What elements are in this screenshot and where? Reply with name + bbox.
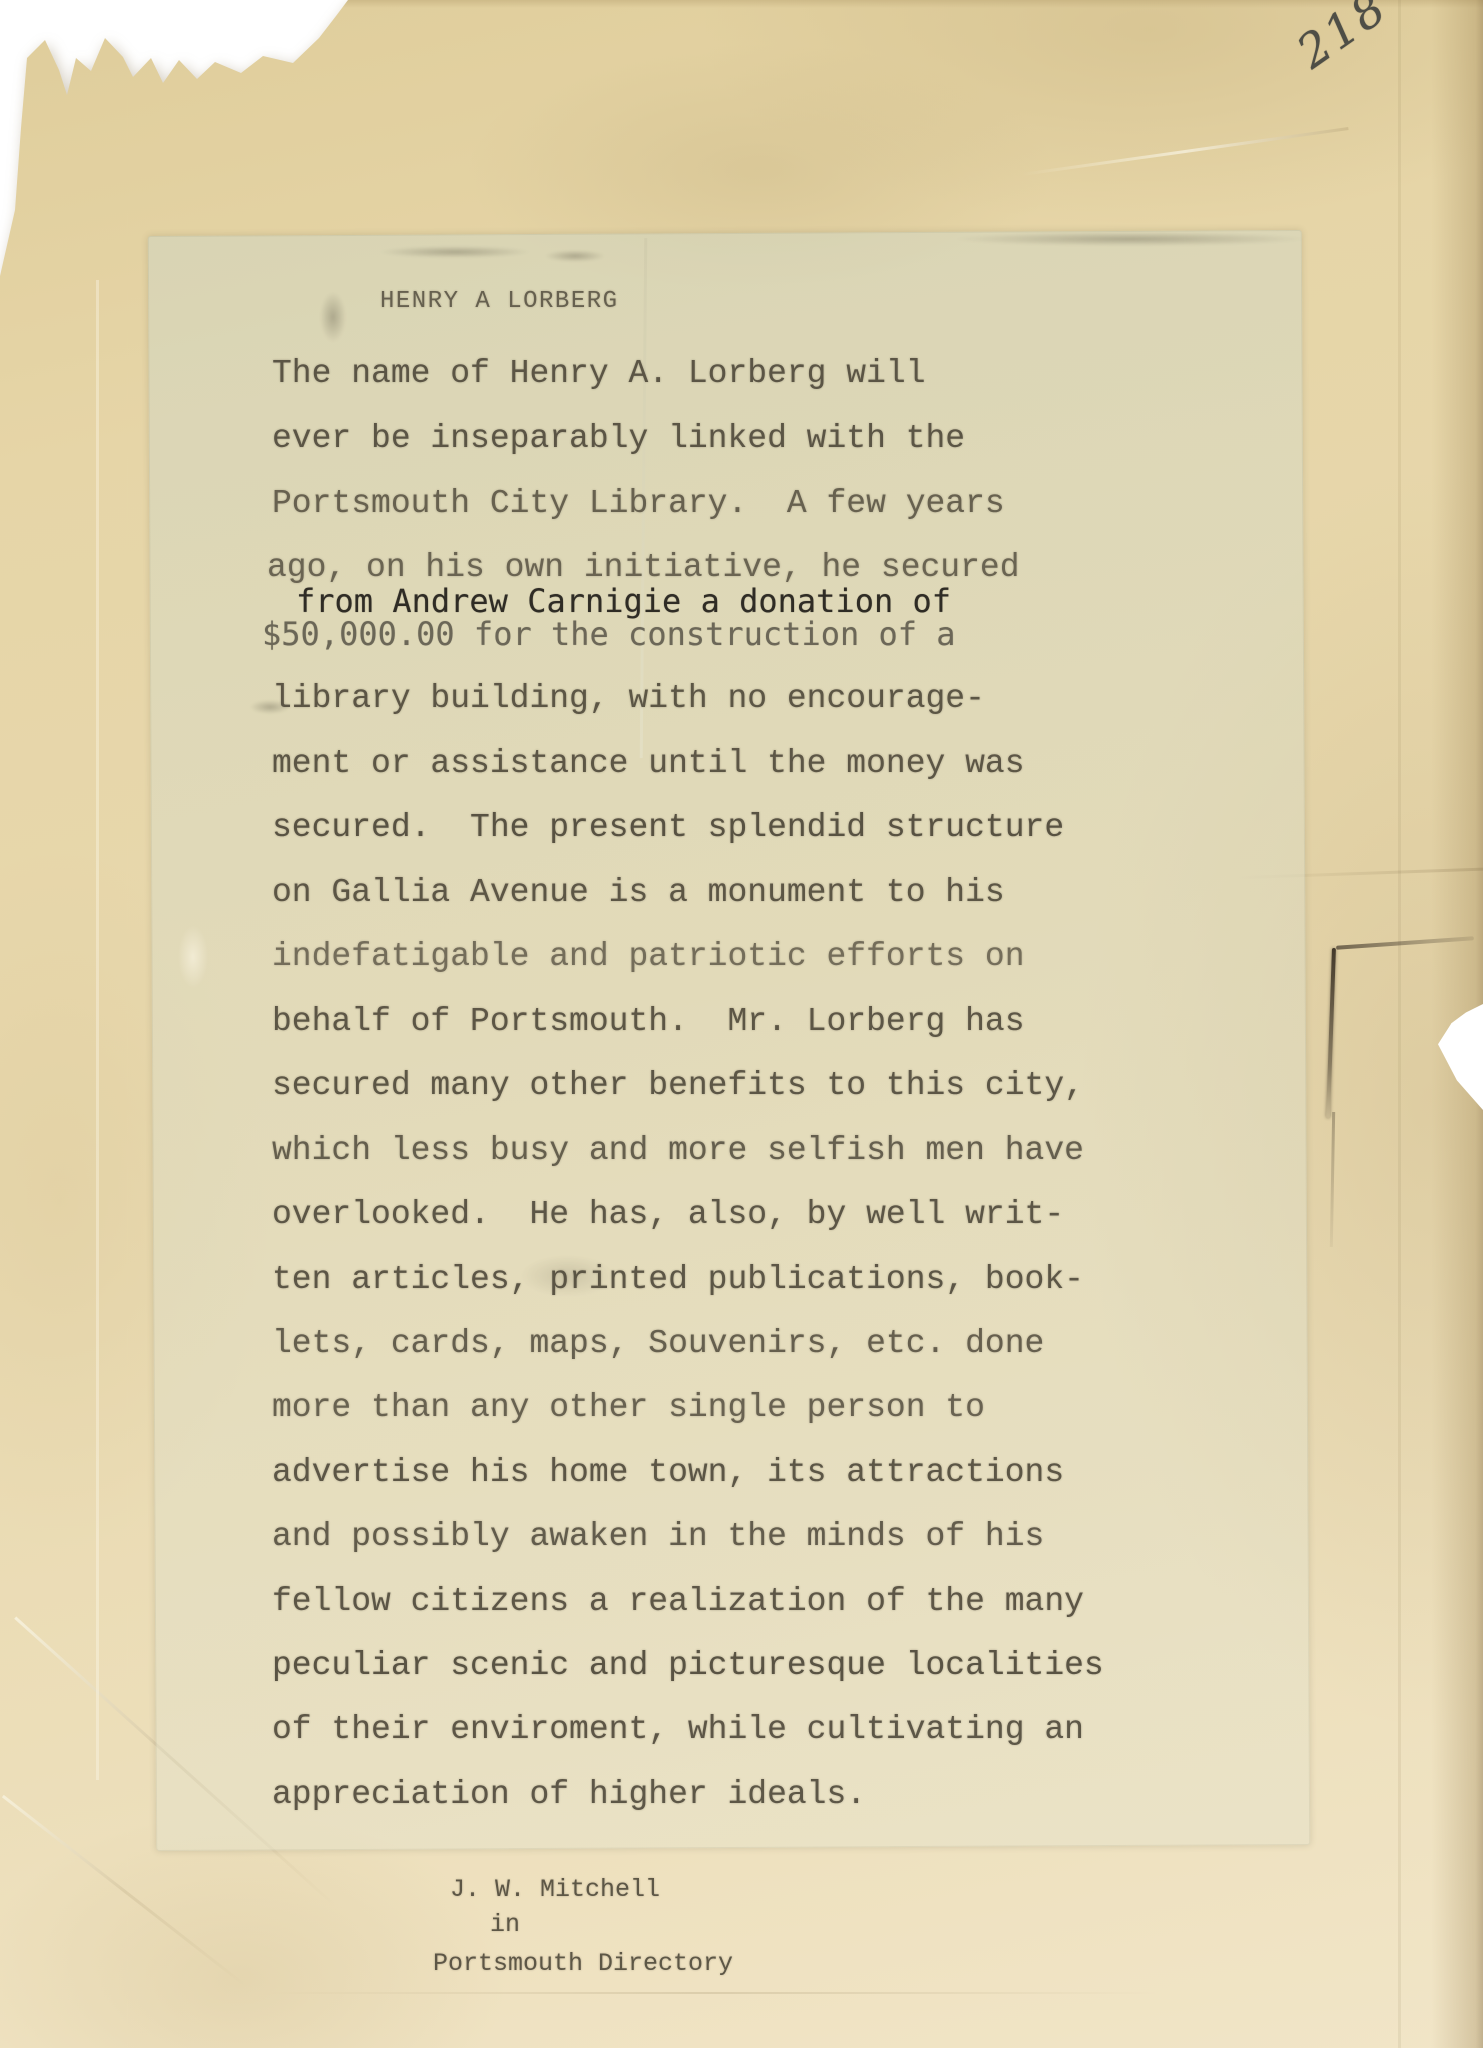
- typed-line: ment or assistance until the money was: [272, 746, 1025, 782]
- typed-line: ago, on his own initiative, he secured: [267, 550, 1020, 586]
- paper-page: 218 HENRY A LORBERGThe name of Henry A. …: [0, 0, 1483, 2048]
- typed-line: on Gallia Avenue is a monument to his: [272, 875, 1005, 911]
- typed-line: more than any other single person to: [272, 1390, 985, 1426]
- typed-line: of their enviroment, while cultivating a…: [272, 1712, 1084, 1748]
- crease-line: [1398, 0, 1401, 2048]
- handwritten-page-number: 218: [1287, 0, 1397, 79]
- crease-line: [260, 1992, 1160, 1994]
- typed-line: library building, with no encourage-: [272, 681, 985, 717]
- paper-shadow-wrap: 218 HENRY A LORBERGThe name of Henry A. …: [0, 0, 1483, 2048]
- typed-line: ten articles, printed publications, book…: [272, 1262, 1084, 1298]
- typed-line: from Andrew Carnigie a donation of: [296, 584, 951, 619]
- typed-line: $50,000.00 for the construction of a: [262, 617, 956, 652]
- typed-line: indefatigable and patriotic efforts on: [272, 939, 1025, 975]
- crease-line: [1021, 127, 1348, 176]
- tear-crack: [1336, 936, 1474, 950]
- sheet-tear-nick: [178, 926, 208, 988]
- attribution-author: J. W. Mitchell: [450, 1876, 660, 1904]
- tear-crack: [1330, 1112, 1335, 1247]
- typed-line: secured many other benefits to this city…: [272, 1068, 1084, 1104]
- attribution-connector: in: [490, 1911, 520, 1939]
- typed-line: ever be inseparably linked with the: [272, 421, 965, 457]
- typed-line: overlooked. He has, also, by well writ-: [272, 1197, 1064, 1233]
- typed-line: behalf of Portsmouth. Mr. Lorberg has: [272, 1004, 1025, 1040]
- typed-line: which less busy and more selfish men hav…: [272, 1133, 1084, 1169]
- typed-line: secured. The present splendid structure: [272, 810, 1064, 846]
- typed-line: fellow citizens a realization of the man…: [272, 1584, 1084, 1620]
- document-heading: HENRY A LORBERG: [380, 289, 619, 315]
- typed-line: peculiar scenic and picturesque localiti…: [272, 1648, 1104, 1684]
- typed-line: The name of Henry A. Lorberg will: [272, 356, 926, 392]
- attribution-source: Portsmouth Directory: [433, 1950, 733, 1978]
- typed-line: advertise his home town, its attractions: [272, 1455, 1064, 1491]
- typed-line: appreciation of higher ideals.: [272, 1777, 866, 1813]
- crease-line: [96, 280, 99, 1780]
- typed-line: and possibly awaken in the minds of his: [272, 1519, 1044, 1555]
- typed-line: lets, cards, maps, Souvenirs, etc. done: [272, 1326, 1044, 1362]
- scanned-page: 218 HENRY A LORBERGThe name of Henry A. …: [0, 0, 1483, 2048]
- typed-line: Portsmouth City Library. A few years: [272, 486, 1005, 522]
- tear-crack: [1326, 948, 1336, 1118]
